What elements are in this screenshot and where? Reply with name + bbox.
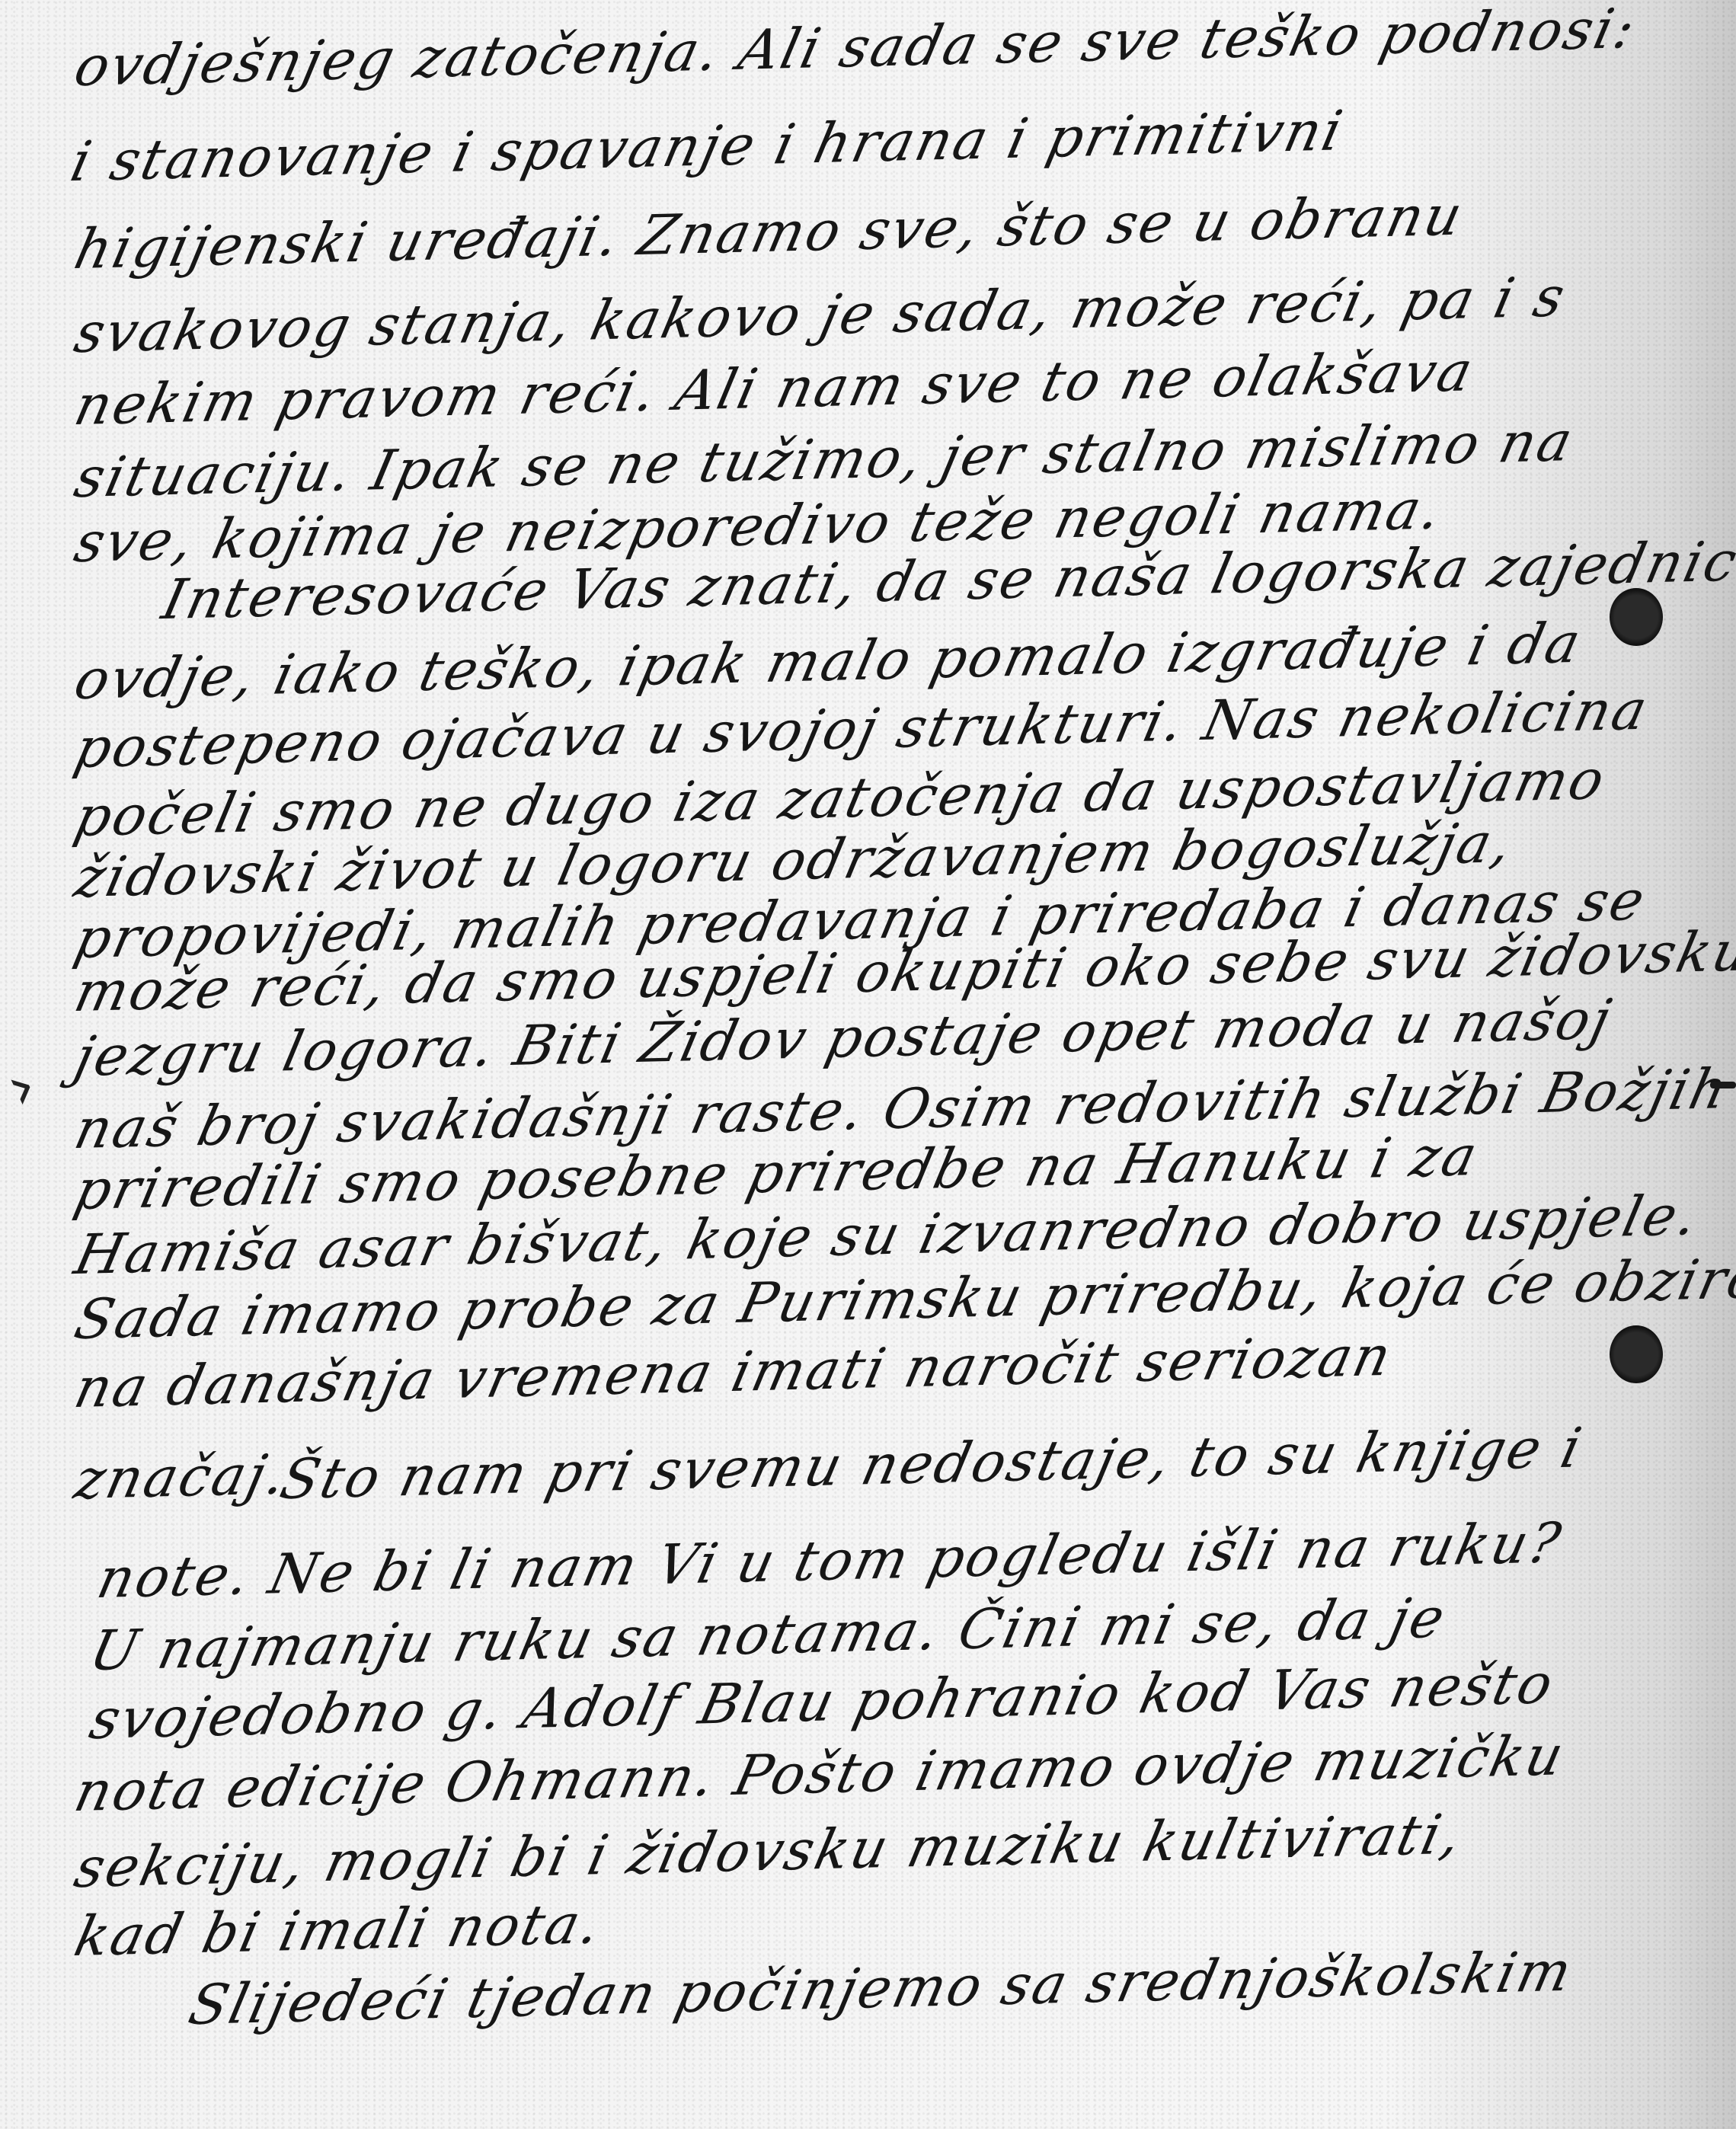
handwritten-line: značaj.	[69, 1442, 295, 1511]
punch-hole-top	[1610, 588, 1663, 646]
margin-dash	[1710, 1082, 1736, 1088]
scanned-letter-page: ovdješnjeg zatočenja. Ali sada se sve te…	[0, 0, 1736, 2129]
handwritten-line: ovdješnjeg zatočenja. Ali sada se sve te…	[69, 0, 1643, 98]
handwritten-line: kad bi imali nota.	[69, 1891, 609, 1968]
handwritten-line: i stanovanje i spavanje i hrana i primit…	[66, 98, 1351, 193]
punch-hole-bottom	[1610, 1325, 1663, 1383]
handwritten-line: higijenski uređaji. Znamo sve, što se u …	[69, 183, 1470, 281]
margin-mark: ›	[0, 1050, 47, 1124]
handwritten-line: Što nam pri svemu nedostaje, to su knjig…	[275, 1415, 1590, 1511]
